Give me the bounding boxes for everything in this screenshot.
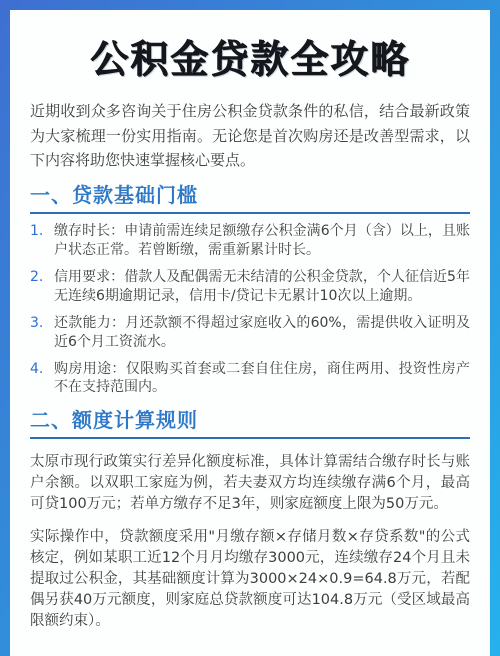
poster-content: 公积金贷款全攻略 近期收到众多咨询关于住房公积金贷款条件的私信，结合最新政策为大…: [10, 10, 490, 656]
section-1-heading: 一、贷款基础门槛: [30, 184, 470, 214]
quota-formula-paragraph: 实际操作中，贷款额度采用"月缴存额×存储月数×存贷系数"的公式核定，例如某职工近…: [30, 527, 470, 632]
item-number: 3.: [30, 314, 54, 351]
list-item: 3. 还款能力：月还款额不得超过家庭收入的60%，需提供收入证明及近6个月工资流…: [30, 314, 470, 351]
page-title: 公积金贷款全攻略: [30, 10, 470, 85]
item-number: 4.: [30, 360, 54, 397]
item-number: 2.: [30, 268, 54, 305]
list-item: 2. 信用要求：借款人及配偶需无未结清的公积金贷款，个人征信近5年无连续6期逾期…: [30, 268, 470, 305]
section-2-heading: 二、额度计算规则: [30, 409, 470, 439]
list-item: 1. 缴存时长：申请前需连续足额缴存公积金满6个月（含）以上，且账户状态正常。若…: [30, 222, 470, 259]
item-text: 还款能力：月还款额不得超过家庭收入的60%，需提供收入证明及近6个月工资流水。: [54, 314, 470, 351]
poster-frame: 公积金贷款全攻略 近期收到众多咨询关于住房公积金贷款条件的私信，结合最新政策为大…: [0, 0, 500, 656]
list-item: 4. 购房用途：仅限购买首套或二套自住住房，商住两用、投资性房产不在支持范围内。: [30, 360, 470, 397]
intro-paragraph: 近期收到众多咨询关于住房公积金贷款条件的私信，结合最新政策为大家梳理一份实用指南…: [30, 99, 470, 172]
loan-requirements-list: 1. 缴存时长：申请前需连续足额缴存公积金满6个月（含）以上，且账户状态正常。若…: [30, 222, 470, 397]
quota-policy-paragraph: 太原市现行政策实行差异化额度标准，具体计算需结合缴存时长与账户余额。以双职工家庭…: [30, 452, 470, 515]
item-text: 购房用途：仅限购买首套或二套自住住房，商住两用、投资性房产不在支持范围内。: [54, 360, 470, 397]
item-text: 信用要求：借款人及配偶需无未结清的公积金贷款，个人征信近5年无连续6期逾期记录，…: [54, 268, 470, 305]
item-number: 1.: [30, 222, 54, 259]
item-text: 缴存时长：申请前需连续足额缴存公积金满6个月（含）以上，且账户状态正常。若曾断缴…: [54, 222, 470, 259]
